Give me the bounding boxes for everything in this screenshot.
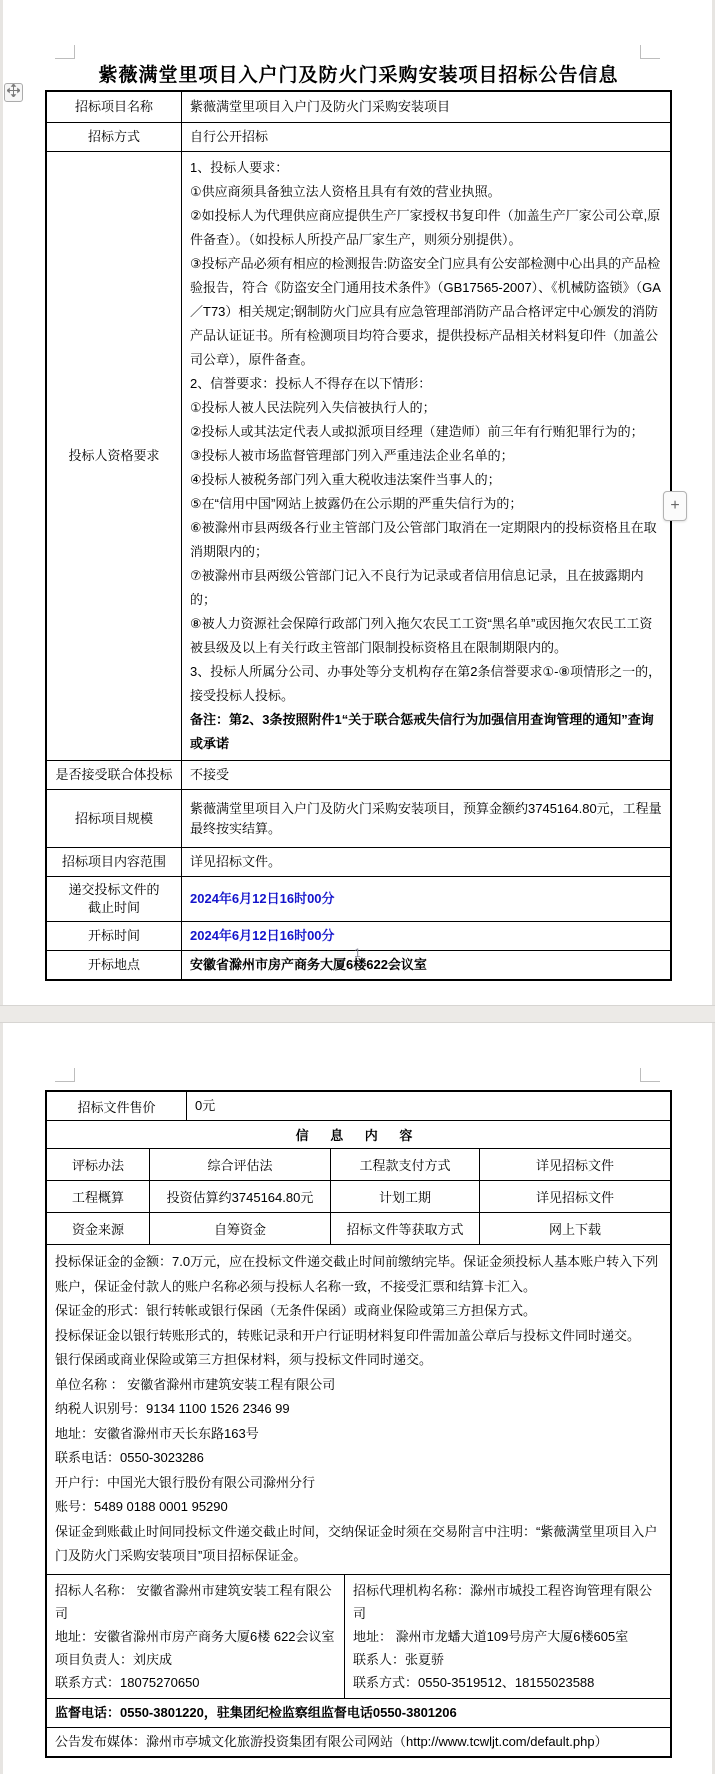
tenderer-line: 项目负责人：刘庆成 [55,1648,336,1671]
table-row-qualification: 投标人资格要求 1、投标人要求： ①供应商须具备独立法人资格且具有有效的营业执照… [47,152,670,761]
table-row-media: 公告发布媒体：滁州市亭城文化旅游投资集团有限公司网站（http://www.tc… [47,1728,670,1756]
deposit-text: 投标保证金的金额：7.0万元，应在投标文件递交截止时间前缴纳完毕。保证金须投标人… [47,1245,670,1574]
table-row: 招标项目名称 紫薇满堂里项目入户门及防火门采购安装项目 [47,92,670,123]
tenderer-line: 招标人名称： 安徽省滁州市建筑安装工程有限公司 [55,1579,336,1625]
qualification-line: ①投标人被人民法院列入失信被执行人的； [190,396,662,420]
margin-mark-tl-p2 [55,1068,75,1082]
row-label: 招标项目规模 [47,790,182,847]
qualification-line: ②投标人或其法定代表人或拟派项目经理（建造师）前三年有行贿犯罪行为的； [190,420,662,444]
document-viewport: 紫薇满堂里项目入户门及防火门采购安装项目招标公告信息 招标项目名称 紫薇满堂里项… [0,0,715,1774]
table-row-info: 资金来源 自筹资金 招标文件等获取方式 网上下载 [47,1213,670,1245]
row-value: 紫薇满堂里项目入户门及防火门采购安装项目 [182,92,670,122]
row-label-line: 截止时间 [88,899,140,917]
table-row-deposit: 投标保证金的金额：7.0万元，应在投标文件递交截止时间前缴纳完毕。保证金须投标人… [47,1245,670,1575]
deposit-line: 地址：安徽省滁州市天长东路163号 [55,1422,662,1447]
agency-line: 地址： 滁州市龙蟠大道109号房产大厦6楼605室 [353,1625,662,1648]
info-cell: 评标办法 [47,1149,150,1180]
tenderer-info: 招标人名称： 安徽省滁州市建筑安装工程有限公司 地址：安徽省滁州市房产商务大厦6… [47,1575,345,1698]
table-row: 招标文件售价 0元 [47,1092,670,1121]
qualification-line: 1、投标人要求： [190,156,662,180]
page-left-edge [0,0,3,1774]
qualification-line: ②如投标人为代理供应商应提供生产厂家授权书复印件（加盖生产厂家公司公章,原件备查… [190,204,662,252]
table-row-deadline: 递交投标文件的 截止时间 2024年6月12日16时00分 [47,877,670,922]
insert-plus-button[interactable]: + [663,491,687,521]
table-row-supervision: 监督电话：0550-3801220，驻集团纪检监察组监督电话0550-38012… [47,1699,670,1728]
margin-mark-tl [55,45,75,59]
agency-line: 招标代理机构名称：滁州市城投工程咨询管理有限公司 [353,1579,662,1625]
row-label: 是否接受联合体投标 [47,761,182,789]
margin-mark-tr [640,45,660,59]
info-cell: 工程款支付方式 [331,1149,480,1180]
qualification-line: ③投标人被市场监督管理部门列入严重违法企业名单的； [190,444,662,468]
page-separator [0,1005,715,1023]
deposit-line: 单位名称 ： 安徽省滁州市建筑安装工程有限公司 [55,1373,662,1398]
table-row-info: 评标办法 综合评估法 工程款支付方式 详见招标文件 [47,1149,670,1181]
qualification-note: 备注：第2、3条按照附件1“关于联合惩戒失信行为加强信用查询管理的通知”查询或承… [190,708,662,756]
deposit-line: 开户行：中国光大银行股份有限公司滁州分行 [55,1471,662,1496]
deposit-line: 投标保证金以银行转账形式的，转账记录和开户行证明材料复印件需加盖公章后与投标文件… [55,1324,662,1349]
table-row-contacts: 招标人名称： 安徽省滁州市建筑安装工程有限公司 地址：安徽省滁州市房产商务大厦6… [47,1575,670,1699]
info-cell: 工程概算 [47,1181,150,1212]
page-number: 1 [0,946,715,960]
move-cross-icon [7,84,20,102]
announcement-media: 公告发布媒体：滁州市亭城文化旅游投资集团有限公司网站（http://www.tc… [47,1728,670,1756]
info-cell: 自筹资金 [150,1213,331,1244]
info-cell: 详见招标文件 [480,1181,670,1212]
qualification-line: 3、投标人所属分公司、办事处等分支机构存在第2条信誉要求①-⑧项情形之一的，接受… [190,660,662,708]
qualification-line: ①供应商须具备独立法人资格且具有有效的营业执照。 [190,180,662,204]
table-row-info: 工程概算 投资估算约3745164.80元 计划工期 详见招标文件 [47,1181,670,1213]
info-cell: 投资估算约3745164.80元 [150,1181,331,1212]
margin-mark-tr-p2 [640,1068,660,1082]
row-label: 投标人资格要求 [47,152,182,760]
info-cell: 详见招标文件 [480,1149,670,1180]
info-cell: 综合评估法 [150,1149,331,1180]
deposit-line: 保证金到账截止时间同投标文件递交截止时间，交纳保证金时须在交易附言中注明：“紫薇… [55,1520,662,1569]
row-label: 招标文件售价 [47,1092,187,1120]
agency-info: 招标代理机构名称：滁州市城投工程咨询管理有限公司 地址： 滁州市龙蟠大道109号… [345,1575,670,1698]
qualification-line: ⑤在“信用中国”网站上披露仍在公示期的严重失信行为的； [190,492,662,516]
section-header: 信 息 内 容 [47,1121,670,1148]
agency-line: 联系方式：0550-3519512、18155023588 [353,1671,662,1694]
row-value: 紫薇满堂里项目入户门及防火门采购安装项目，预算金额约3745164.80元，工程… [182,790,670,847]
row-value: 自行公开招标 [182,123,670,151]
qualification-line: ⑧被人力资源社会保障行政部门列入拖欠农民工工资“黑名单”或因拖欠农民工工资被县级… [190,612,662,660]
deposit-line: 账号：5489 0188 0001 95290 [55,1495,662,1520]
row-label: 招标项目名称 [47,92,182,122]
deposit-line: 银行保函或商业保险或第三方担保材料，须与投标文件同时递交。 [55,1348,662,1373]
qualification-line: ⑦被滁州市县两级公管部门记入不良行为记录或者信用信息记录，且在披露期内的； [190,564,662,612]
info-cell: 招标文件等获取方式 [331,1213,480,1244]
row-label-line: 递交投标文件的 [68,881,159,899]
row-value: 不接受 [182,761,670,789]
info-cell: 计划工期 [331,1181,480,1212]
row-value: 详见招标文件。 [182,848,670,876]
qualification-line: ③投标产品必须有相应的检测报告:防盗安全门应具有公安部检测中心出具的产品检验报告… [190,252,662,372]
qualification-line: ⑥被滁州市县两级各行业主管部门及公管部门取消在一定期限内的投标资格且在取消期限内… [190,516,662,564]
row-label: 递交投标文件的 截止时间 [47,877,182,921]
qualification-line: 2、信誉要求：投标人不得存在以下情形： [190,372,662,396]
row-label: 招标方式 [47,123,182,151]
tenderer-line: 地址：安徽省滁州市房产商务大厦6楼 622会议室 [55,1625,336,1648]
row-label: 招标项目内容范围 [47,848,182,876]
tenderer-line: 联系方式：18075270650 [55,1671,336,1694]
deposit-line: 保证金的形式：银行转帐或银行保函（无条件保函）或商业保险或第三方担保方式。 [55,1299,662,1324]
agency-line: 联系人：张夏骄 [353,1648,662,1671]
qualification-text: 1、投标人要求： ①供应商须具备独立法人资格且具有有效的营业执照。 ②如投标人为… [182,152,670,760]
page-title: 紫薇满堂里项目入户门及防火门采购安装项目招标公告信息 [45,60,672,87]
deadline-value: 2024年6月12日16时00分 [182,877,670,921]
deposit-line: 纳税人识别号：9134 1100 1526 2346 99 [55,1397,662,1422]
table-row: 招标项目规模 紫薇满堂里项目入户门及防火门采购安装项目，预算金额约3745164… [47,790,670,848]
row-value: 0元 [187,1092,670,1120]
bid-summary-table: 招标项目名称 紫薇满堂里项目入户门及防火门采购安装项目 招标方式 自行公开招标 … [45,90,672,981]
table-move-handle[interactable] [4,83,23,102]
deposit-line: 联系电话：0550-3023286 [55,1446,662,1471]
info-cell: 资金来源 [47,1213,150,1244]
supervision-phone: 监督电话：0550-3801220，驻集团纪检监察组监督电话0550-38012… [47,1699,670,1727]
table-row: 招标项目内容范围 详见招标文件。 [47,848,670,877]
deposit-line: 投标保证金的金额：7.0万元，应在投标文件递交截止时间前缴纳完毕。保证金须投标人… [55,1250,662,1299]
bid-info-table: 招标文件售价 0元 信 息 内 容 评标办法 综合评估法 工程款支付方式 详见招… [45,1090,672,1758]
table-row: 是否接受联合体投标 不接受 [47,761,670,790]
qualification-line: ④投标人被税务部门列入重大税收违法案件当事人的； [190,468,662,492]
table-row: 招标方式 自行公开招标 [47,123,670,152]
table-row-section-header: 信 息 内 容 [47,1121,670,1149]
info-cell: 网上下载 [480,1213,670,1244]
